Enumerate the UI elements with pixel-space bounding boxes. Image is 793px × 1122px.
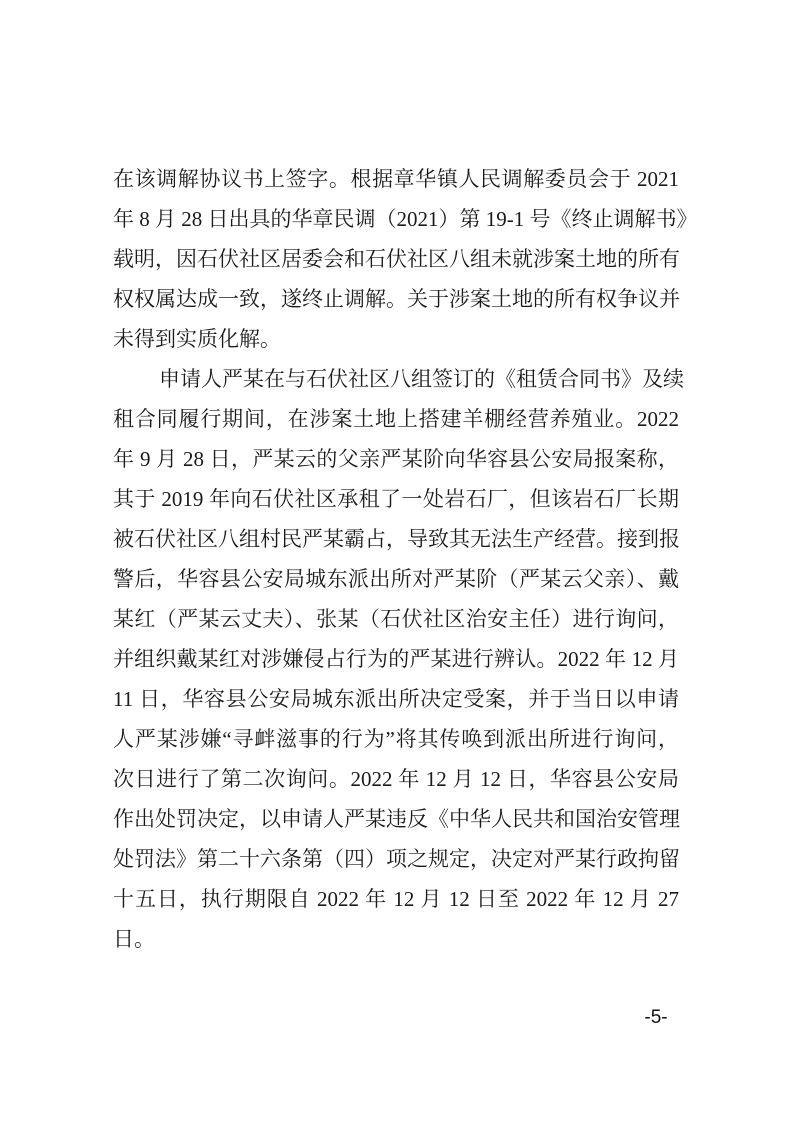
text-line: 日。	[113, 919, 679, 959]
page-number: -5-	[636, 1006, 676, 1030]
text-line: 年 8 月 28 日出具的华章民调（2021）第 19-1 号《终止调解书》	[113, 199, 679, 239]
text-line: 11 日，华容县公安局城东派出所决定受案，并于当日以申请	[113, 679, 679, 719]
text-line: 在该调解协议书上签字。根据章华镇人民调解委员会于 2021	[113, 159, 679, 199]
document-text-block: 在该调解协议书上签字。根据章华镇人民调解委员会于 2021 年 8 月 28 日…	[113, 159, 679, 959]
text-line: 十五日，执行期限自 2022 年 12 月 12 日至 2022 年 12 月 …	[113, 879, 679, 919]
text-line: 作出处罚决定，以申请人严某违反《中华人民共和国治安管理	[113, 799, 679, 839]
text-line: 某红（严某云丈夫）、张某（石伏社区治安主任）进行询问，	[113, 599, 679, 639]
text-line: 年 9 月 28 日，严某云的父亲严某阶向华容县公安局报案称，	[113, 439, 679, 479]
text-line: 租合同履行期间，在涉案土地上搭建羊棚经营养殖业。2022	[113, 399, 679, 439]
text-line: 次日进行了第二次询问。2022 年 12 月 12 日，华容县公安局	[113, 759, 679, 799]
text-line: 人严某涉嫌“寻衅滋事的行为”将其传唤到派出所进行询问，	[113, 719, 679, 759]
text-line: 未得到实质化解。	[113, 319, 679, 359]
text-line: 被石伏社区八组村民严某霸占，导致其无法生产经营。接到报	[113, 519, 679, 559]
paragraph-2: 申请人严某在与石伏社区八组签订的《租赁合同书》及续 租合同履行期间，在涉案土地上…	[113, 359, 679, 959]
paragraph-1: 在该调解协议书上签字。根据章华镇人民调解委员会于 2021 年 8 月 28 日…	[113, 159, 679, 359]
document-page: 在该调解协议书上签字。根据章华镇人民调解委员会于 2021 年 8 月 28 日…	[0, 0, 793, 1122]
text-line: 载明，因石伏社区居委会和石伏社区八组未就涉案土地的所有	[113, 239, 679, 279]
text-line: 申请人严某在与石伏社区八组签订的《租赁合同书》及续	[113, 359, 679, 399]
text-line: 警后，华容县公安局城东派出所对严某阶（严某云父亲）、戴	[113, 559, 679, 599]
text-line: 其于 2019 年向石伏社区承租了一处岩石厂，但该岩石厂长期	[113, 479, 679, 519]
text-line: 处罚法》第二十六条第（四）项之规定，决定对严某行政拘留	[113, 839, 679, 879]
text-line: 权权属达成一致，遂终止调解。关于涉案土地的所有权争议并	[113, 279, 679, 319]
text-line: 并组织戴某红对涉嫌侵占行为的严某进行辨认。2022 年 12 月	[113, 639, 679, 679]
